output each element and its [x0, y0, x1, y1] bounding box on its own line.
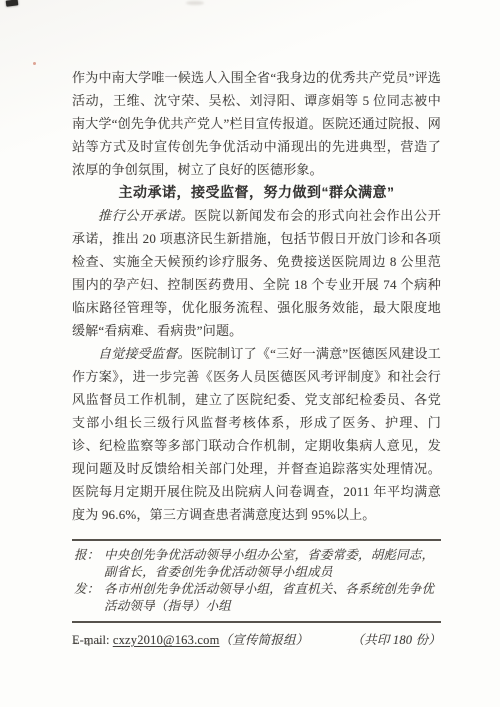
footer-row: E-mail: cxzy2010@163.com（宣传简报组） （共印 180 …	[72, 632, 441, 649]
issued-to-entry: 发： 各市州创先争优活动领导小组，省直机关、各系统创先争优活动领导（指导）小组	[74, 581, 441, 615]
email-note: （宣传简报组）	[220, 633, 309, 647]
report-to-label: 报：	[74, 547, 104, 581]
issued-to-label: 发：	[74, 581, 104, 615]
scan-smudge-artifact	[186, 1, 204, 5]
paragraph-text: 医院制订了《“三好一满意”医德医风建设工作方案》，进一步完善《医务人员医德医风考…	[72, 346, 441, 522]
issued-to-text: 各市州创先争优活动领导小组，省直机关、各系统创先争优活动领导（指导）小组	[104, 581, 441, 615]
scan-speck-artifact	[33, 62, 36, 65]
email-line: E-mail: cxzy2010@163.com（宣传简报组）	[72, 632, 308, 649]
paragraph-lead-phrase: 自觉接受监督。	[98, 346, 191, 361]
scanned-document-page: 作为中南大学唯一候选人入围全省“我身边的优秀共产党员”评选活动，王维、沈守荣、吴…	[0, 0, 500, 707]
scan-corner-artifact	[6, 0, 19, 7]
email-link[interactable]: cxzy2010@163.com	[113, 633, 220, 647]
paragraph-text: 医院以新闻发布会的形式向社会作出公开承诺，推出 20 项惠济民生新措施，包括节假…	[72, 208, 441, 338]
paragraph-lead-phrase: 推行公开承诺。	[98, 208, 194, 223]
distribution-block: 报： 中央创先争优活动领导小组办公室，省委常委，胡彪同志，副省长，省委创先争优活…	[72, 539, 441, 623]
report-to-text: 中央创先争优活动领导小组办公室，省委常委，胡彪同志，副省长，省委创先争优活动领导…	[104, 547, 441, 581]
page-number: - 4 -	[74, 637, 103, 649]
report-to-entry: 报： 中央创先争优活动领导小组办公室，省委常委，胡彪同志，副省长，省委创先争优活…	[74, 547, 441, 581]
paragraph-continued: 作为中南大学唯一候选人入围全省“我身边的优秀共产党员”评选活动，王维、沈守荣、吴…	[72, 66, 441, 181]
paragraph-public-commitment: 推行公开承诺。医院以新闻发布会的形式向社会作出公开承诺，推出 20 项惠济民生新…	[72, 204, 441, 342]
section-heading: 主动承诺，接受监督，努力做到“群众满意”	[72, 181, 441, 204]
paragraph-accept-supervision: 自觉接受监督。医院制订了《“三好一满意”医德医风建设工作方案》，进一步完善《医务…	[72, 342, 441, 526]
document-body: 作为中南大学唯一候选人入围全省“我身边的优秀共产党员”评选活动，王维、沈守荣、吴…	[72, 66, 441, 649]
print-count: （共印 180 份）	[351, 632, 441, 649]
